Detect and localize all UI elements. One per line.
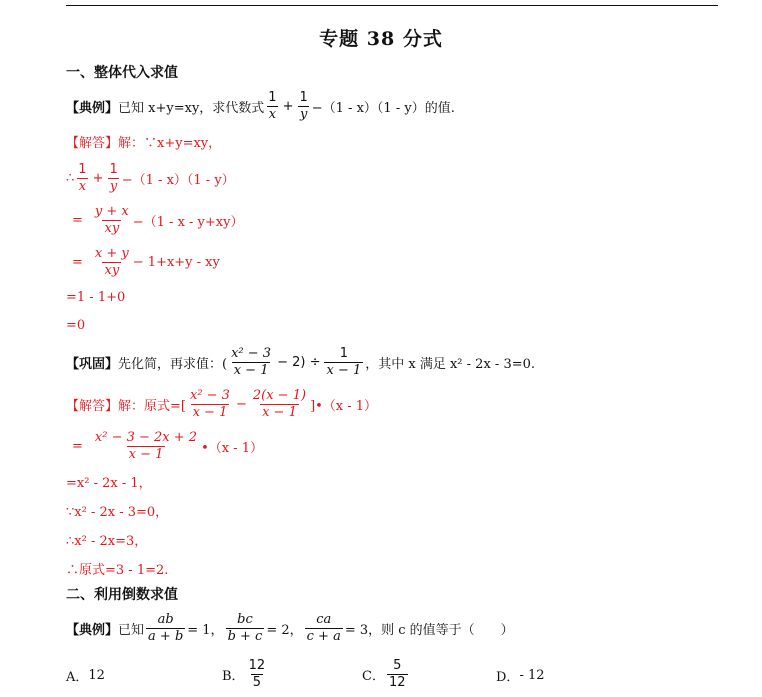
option-c[interactable]: C． 512 [362,658,410,691]
example-tag: 【典例】 [66,619,118,638]
answer-2-line-2: = x² − 3 − 2x + 2x − 1 •（x - 1） [72,430,263,463]
fraction: 1x [266,90,278,123]
answer-2-line-1: 【解答】 解：原式=[ x² − 3x − 1 − 2(x − 1)x − 1 … [66,388,377,421]
section-heading-2: 二、利用倒数求值 [66,584,178,604]
answer-1-line-4: =1 - 1+0 [66,290,125,305]
answer-1-line-0: 【解答】 解：∵x+y=xy， [66,132,221,151]
header-rule [66,5,718,6]
answer-1-line-1: ∴ 1x + 1y −（1 - x）（1 - y） [66,162,235,195]
fraction: x + yxy [93,246,131,279]
fraction: x² − 3 − 2x + 2x − 1 [93,430,199,463]
fraction: 2(x − 1)x − 1 [251,388,308,421]
answer-2-line-5: ∴x² - 2x=3， [66,530,147,549]
option-d[interactable]: D．- 12 [496,666,545,685]
answer-tag: 【解答】 [66,132,118,151]
example-1: 【典例】 已知 x+y=xy，求代数式 1x + 1y −（1 - x）（1 -… [66,90,455,123]
section-heading-1: 一、整体代入求值 [66,62,178,82]
example-tag: 【典例】 [66,97,118,116]
answer-2-line-4: ∵x² - 2x - 3=0， [66,501,168,520]
page-title: 专题 38 分式 [0,24,762,51]
example-text: 已知 x+y=xy，求代数式 [118,97,264,116]
fraction: x² − 3x − 1 [229,346,273,379]
fraction: 512 [387,658,408,691]
fraction: 1x − 1 [324,346,363,379]
fraction: y + xxy [93,204,131,237]
consolidate-tag: 【巩固】 [66,353,118,372]
answer-1-line-5: =0 [66,318,85,333]
fraction: 1y [297,90,309,123]
fraction: cac + a [305,612,343,645]
fraction: 1x [76,162,88,195]
answer-tag: 【解答】 [66,395,118,414]
fraction: aba + b [146,612,185,645]
fraction: 125 [247,658,268,691]
answer-2-line-6: ∴原式=3 - 1=2. [66,559,168,578]
consolidate: 【巩固】 先化简，再求值：( x² − 3x − 1 − 2) ÷ 1x − 1… [66,346,535,379]
answer-1-line-3: = x + yxy − 1+x+y - xy [72,246,220,279]
option-b[interactable]: B． 125 [222,658,269,691]
fraction: x² − 3x − 1 [188,388,232,421]
fraction: 1y [107,162,119,195]
fraction: bcb + c [226,612,265,645]
option-a[interactable]: A．12 [66,666,105,685]
example-2: 【典例】 已知 aba + b = 1， bcb + c = 2， cac + … [66,612,514,645]
answer-1-line-2: = y + xxy −（1 - x - y+xy） [72,204,243,237]
answer-2-line-3: =x² - 2x - 1， [66,472,152,491]
